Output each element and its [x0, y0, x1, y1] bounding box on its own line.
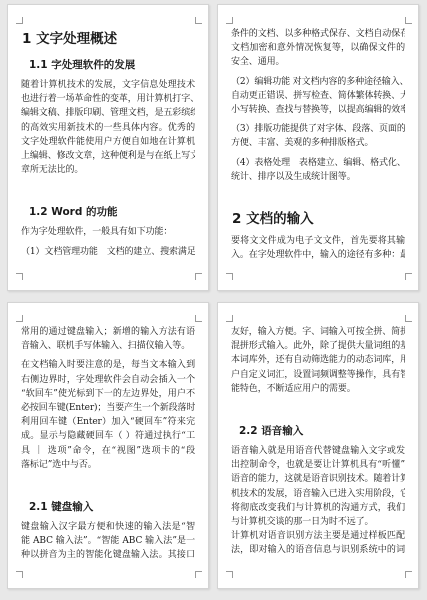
paragraph: （1）文档管理功能 文档的建立、搜索满足 — [21, 245, 195, 259]
page-content: 1 文字处理概述1.1 字处理软件的发展随着计算机技术的发展，文字信息处理技术也… — [21, 23, 195, 282]
text-line: 与计算机交谈的那一日为时不远了。 — [231, 515, 405, 529]
page-3[interactable]: 常用的通过键盘输入；新增的输入方法有语音输入、联机手写体输入、扫描仪输入等。在文… — [7, 302, 209, 589]
margin-corner-mark-bottom-right-icon — [405, 571, 412, 578]
paragraph: （2）编辑功能 对文档内容的多种途径输入、自动更正错误、拼写检查、简体繁体转换、… — [231, 75, 405, 118]
text-line: 编辑文稿、排版印刷、管理文档，是五彩缤纷 — [21, 106, 195, 120]
text-line: 文字处理软件能使用户方便自如地在计算机 — [21, 135, 195, 149]
text-line: 键盘输入汉字最方便和快速的输入法是“智 — [21, 520, 195, 534]
paragraph: 键盘输入汉字最方便和快速的输入法是“智能 ABC 输入法”。“智能 ABC 输入… — [21, 520, 195, 563]
text-line: 种以拼音为主的智能化键盘输入法。其接口 — [21, 548, 195, 562]
margin-corner-mark-top-right-icon — [195, 17, 202, 24]
text-line: 必按回车键(Enter)；当要产生一个新段落时， — [21, 401, 195, 415]
page-1[interactable]: 1 文字处理概述1.1 字处理软件的发展随着计算机技术的发展，文字信息处理技术也… — [7, 4, 209, 291]
text-line: 户自定义词汇，设置词频调整等操作，具有智 — [231, 368, 405, 382]
text-line: 随着计算机技术的发展，文字信息处理技术 — [21, 78, 195, 92]
section-heading: 1.2 Word 的功能 — [29, 205, 195, 219]
text-line: （2）编辑功能 对文档内容的多种途径输入、 — [231, 75, 405, 89]
text-line: （1）文档管理功能 文档的建立、搜索满足 — [21, 245, 195, 259]
margin-corner-mark-bottom-right-icon — [405, 273, 412, 280]
page-content: 条件的文档、以多种格式保存、文档自动保存、文档加密和意外情况恢复等，以确保文件的… — [231, 23, 405, 282]
text-line: 自动更正错误、拼写检查、简体繁体转换、大 — [231, 89, 405, 103]
text-line: 音输入、联机手写体输入、扫描仪输入等。 — [21, 339, 195, 353]
paragraph: 作为字处理软件，一般具有如下功能： — [21, 225, 195, 239]
text-line: 能 ABC 输入法”。“智能 ABC 输入法”是一 — [21, 534, 195, 548]
text-line: 小写转换、查找与替换等，以提高编辑的效率。 — [231, 103, 405, 117]
text-line: 在文档输入时要注意的是，每当文本输入到 — [21, 358, 195, 372]
text-line: 本词库外，还有自动筛选能力的动态词库，用 — [231, 353, 405, 367]
page-2[interactable]: 条件的文档、以多种格式保存、文档自动保存、文档加密和意外情况恢复等，以确保文件的… — [217, 4, 419, 291]
section-heading: 2.2 语音输入 — [239, 424, 405, 438]
text-line: 统计、排序以及生成统计图等。 — [231, 170, 405, 184]
text-line: 要将文文件成为电子文文件，首先要将其输 — [231, 234, 405, 248]
text-line: 法，即对输入的语音信息与识别系统中的词 — [231, 543, 405, 557]
text-line: 混拼形式输入。此外，除了提供大量词组的基 — [231, 339, 405, 353]
document-preview: 1 文字处理概述1.1 字处理软件的发展随着计算机技术的发展，文字信息处理技术也… — [0, 0, 427, 600]
text-line: 利用回车键（Enter）加入“硬回车”符来完 — [21, 415, 195, 429]
text-line: 常用的通过键盘输入；新增的输入方法有语 — [21, 325, 195, 339]
text-line: 计算机对语音识别方法主要是通过样板匹配 — [231, 529, 405, 543]
text-line: （3）排版功能提供了对字体、段落、页面的 — [231, 122, 405, 136]
margin-corner-mark-top-right-icon — [405, 17, 412, 24]
section-heading: 2.1 键盘输入 — [29, 500, 195, 514]
page-4[interactable]: 友好，输入方便。字、词输入可按全拼、简拼、混拼形式输入。此外，除了提供大量词组的… — [217, 302, 419, 589]
text-line: 也进行着一场革命性的变革，用计算机打字、 — [21, 92, 195, 106]
section-heading: 1.1 字处理软件的发展 — [29, 58, 195, 72]
text-line: 方便、丰富、美观的多种排版格式。 — [231, 136, 405, 150]
text-line: 作为字处理软件，一般具有如下功能： — [21, 225, 195, 239]
paragraph: 计算机对语音识别方法主要是通过样板匹配法，即对输入的语音信息与识别系统中的词 — [231, 529, 405, 557]
text-line: “软回车”使光标到下一的左边界处，用户不 — [21, 387, 195, 401]
text-line: （4）表格处理 表格建立、编辑、格式化、 — [231, 156, 405, 170]
margin-corner-mark-top-right-icon — [405, 315, 412, 322]
text-line: 机技术的发展，语音输入已进入实用阶段，它 — [231, 487, 405, 501]
text-line: 将彻底改变我们与计算机的沟通方式，我们 — [231, 501, 405, 515]
text-line: 安全、通用。 — [231, 55, 405, 69]
text-line: 成。显示与隐藏硬回车（ ）符通过执行“工 — [21, 429, 195, 443]
paragraph: 友好，输入方便。字、词输入可按全拼、简拼、混拼形式输入。此外，除了提供大量词组的… — [231, 325, 405, 396]
margin-corner-mark-bottom-right-icon — [195, 273, 202, 280]
text-line: 友好，输入方便。字、词输入可按全拼、简拼、 — [231, 325, 405, 339]
text-line: 入。在字处理软件中，输入的途径有多种：最 — [231, 248, 405, 262]
chapter-heading: 1 文字处理概述 — [22, 30, 195, 48]
text-line: 能特色，不断适应用户的需要。 — [231, 382, 405, 396]
paragraph: 在文档输入时要注意的是，每当文本输入到右侧边界时，字处理软件会自动会插入一个“软… — [21, 358, 195, 472]
paragraph: 条件的文档、以多种格式保存、文档自动保存、文档加密和意外情况恢复等，以确保文件的… — [231, 27, 405, 70]
text-line: 语音的能力，这就是语音识别技术。随着计算 — [231, 472, 405, 486]
paragraph: 常用的通过键盘输入；新增的输入方法有语音输入、联机手写体输入、扫描仪输入等。 — [21, 325, 195, 353]
text-line: 出控制命令，也就是要让计算机具有“听懂” — [231, 458, 405, 472]
paragraph: （3）排版功能提供了对字体、段落、页面的方便、丰富、美观的多种排版格式。 — [231, 122, 405, 150]
text-line: 具 ｜ 选项”命令，在“视图”选项卡的“段 — [21, 444, 195, 458]
margin-corner-mark-bottom-right-icon — [195, 571, 202, 578]
text-line: 条件的文档、以多种格式保存、文档自动保存、 — [231, 27, 405, 41]
paragraph: 语音输入就是用语音代替键盘输入文字或发出控制命令，也就是要让计算机具有“听懂”语… — [231, 444, 405, 529]
text-line: 语音输入就是用语音代替键盘输入文字或发 — [231, 444, 405, 458]
chapter-heading: 2 文档的输入 — [232, 210, 405, 228]
page-content: 友好，输入方便。字、词输入可按全拼、简拼、混拼形式输入。此外，除了提供大量词组的… — [231, 321, 405, 580]
text-line: 落标记”选中与否。 — [21, 458, 195, 472]
page-content: 常用的通过键盘输入；新增的输入方法有语音输入、联机手写体输入、扫描仪输入等。在文… — [21, 321, 195, 580]
text-line: 右侧边界时，字处理软件会自动会插入一个 — [21, 373, 195, 387]
text-line: 的高效实用新技术的一些具体内容。优秀的 — [21, 121, 195, 135]
text-line: 文档加密和意外情况恢复等，以确保文件的 — [231, 41, 405, 55]
paragraph: （4）表格处理 表格建立、编辑、格式化、统计、排序以及生成统计图等。 — [231, 156, 405, 184]
margin-corner-mark-top-right-icon — [195, 315, 202, 322]
paragraph: 要将文文件成为电子文文件，首先要将其输入。在字处理软件中，输入的途径有多种：最 — [231, 234, 405, 262]
text-line: 章所无法比的。 — [21, 163, 195, 177]
text-line: 上编辑、修改文章，这种便利是与在纸上写文 — [21, 149, 195, 163]
paragraph: 随着计算机技术的发展，文字信息处理技术也进行着一场革命性的变革，用计算机打字、编… — [21, 78, 195, 177]
